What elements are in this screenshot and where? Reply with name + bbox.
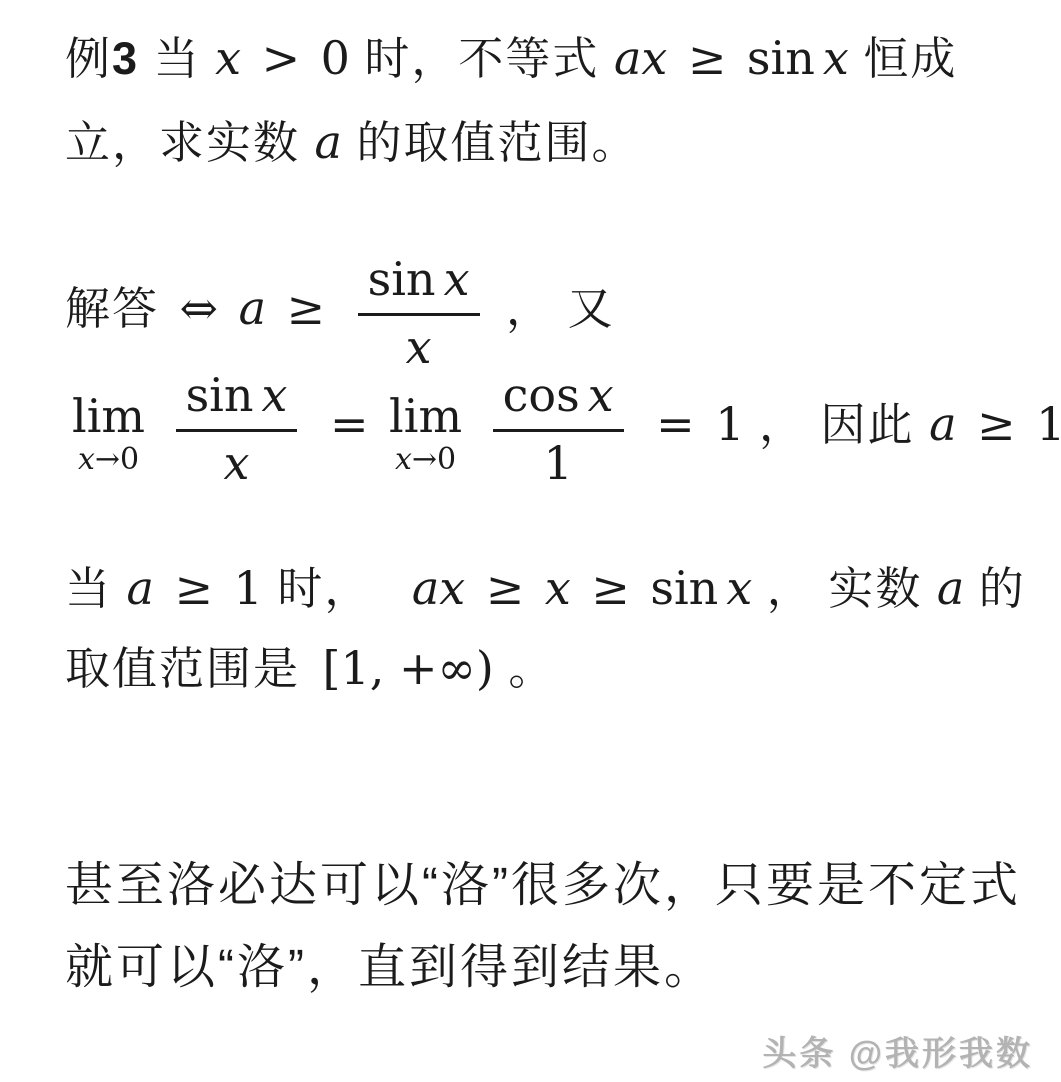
period: 。 xyxy=(508,643,555,694)
fraction-denominator: x xyxy=(358,316,480,373)
math-var-a: a xyxy=(239,281,266,335)
lim-subscript: x→0 xyxy=(78,445,139,475)
remark-text-2: 就可以“洛”，直到得到结果。 xyxy=(65,941,715,994)
comma: ， xyxy=(759,399,806,450)
math-var-x: x xyxy=(545,561,571,615)
math-num-1: 1 xyxy=(1036,397,1061,451)
lim-subscript: x→0 xyxy=(395,445,456,475)
math-var-x: x xyxy=(444,252,470,306)
solution-line-4: 取值范围是 [1, +∞) 。 xyxy=(65,636,555,701)
article-page: 例3 当 x > 0 时，不等式 ax ≥ sinx 恒成 立，求实数 a 的取… xyxy=(0,0,1061,1082)
math-var-ax: ax xyxy=(614,31,667,85)
lim-sub-var: x xyxy=(395,442,412,477)
remark-line-1: 甚至洛必达可以“洛”很多次，只要是不定式 xyxy=(65,852,1021,920)
problem-text-5: 的取值范围。 xyxy=(356,117,638,168)
toutiao-watermark: 头条 @我形我数 xyxy=(762,1026,1033,1075)
solution-label: 解答 xyxy=(65,283,159,334)
solution-text-when: 当 xyxy=(65,563,112,614)
solution-text-de: 的 xyxy=(979,563,1026,614)
solution-text-you: 又 xyxy=(568,283,615,334)
solution-text-shi: 时， xyxy=(277,563,371,614)
geq-sign: ≥ xyxy=(486,561,525,615)
lim-sub-arrow: → xyxy=(95,442,120,477)
problem-text-2: 时，不等式 xyxy=(364,33,599,84)
fraction-numerator: sinx xyxy=(358,252,480,316)
iff-sign: ⇔ xyxy=(180,281,219,335)
problem-text-1: 当 xyxy=(154,33,201,84)
geq-sign: ≥ xyxy=(174,561,213,615)
problem-line-1: 例3 当 x > 0 时，不等式 ax ≥ sinx 恒成 xyxy=(65,26,957,91)
math-var-a: a xyxy=(315,115,342,169)
cos-function: cos xyxy=(503,368,580,422)
math-var-a: a xyxy=(929,397,956,451)
geq-sign: ≥ xyxy=(688,31,727,85)
geq-sign: ≥ xyxy=(591,561,630,615)
fraction-cosx-over-1: cosx 1 xyxy=(493,368,624,488)
solution-line-1: 解答 ⇔ a ≥ sinx x ， 又 xyxy=(65,252,615,372)
solution-text-therefore: 因此 xyxy=(821,399,915,450)
remark-text-1: 甚至洛必达可以“洛”很多次，只要是不定式 xyxy=(65,859,1021,912)
fraction-sinx-over-x: sinx x xyxy=(176,368,298,488)
math-var-x2: x xyxy=(823,31,849,85)
lim-word: lim xyxy=(389,393,462,439)
remark-line-2: 就可以“洛”，直到得到结果。 xyxy=(65,934,715,1002)
fraction-numerator: cosx xyxy=(493,368,624,432)
problem-text-4: 立，求实数 xyxy=(65,117,300,168)
example-number: 3 xyxy=(112,33,139,84)
fraction-denominator: 1 xyxy=(493,432,624,489)
lim-sub-var: x xyxy=(78,442,95,477)
geq-sign: ≥ xyxy=(287,281,326,335)
sin-function: sin xyxy=(747,31,815,85)
lim-sub-val: 0 xyxy=(120,442,139,477)
limit-operator-2: lim x→0 xyxy=(389,393,462,475)
solution-line-3: 当 a ≥ 1 时， ax ≥ x ≥ sinx ， 实数 a 的 xyxy=(65,556,1026,621)
math-var-x: x xyxy=(588,368,614,422)
math-var-x: x xyxy=(262,368,288,422)
fraction-numerator: sinx xyxy=(176,368,298,432)
math-num-0: 0 xyxy=(321,31,350,85)
sin-function: sin xyxy=(368,252,436,306)
lim-sub-val: 0 xyxy=(437,442,456,477)
math-var-x: x xyxy=(215,31,241,85)
lim-sub-arrow: → xyxy=(412,442,437,477)
problem-line-2: 立，求实数 a 的取值范围。 xyxy=(65,110,639,175)
problem-text-3: 恒成 xyxy=(863,33,957,84)
geq-sign: ≥ xyxy=(977,397,1016,451)
math-num-1: 1 xyxy=(715,397,744,451)
math-var-ax: ax xyxy=(412,561,465,615)
fraction-denominator: x xyxy=(176,432,298,489)
example-label: 例 xyxy=(65,33,112,84)
sin-function: sin xyxy=(650,561,718,615)
fraction-sinx-over-x: sinx x xyxy=(358,252,480,372)
comma: ， xyxy=(767,563,814,614)
limit-operator-1: lim x→0 xyxy=(72,393,145,475)
greater-than-sign: > xyxy=(262,31,301,85)
solution-line-2: lim x→0 sinx x = lim x→0 cosx 1 = 1 ， 因此… xyxy=(72,368,1061,488)
math-num-1: 1 xyxy=(234,561,263,615)
math-var-x2: x xyxy=(726,561,752,615)
math-var-a2: a xyxy=(937,561,964,615)
math-var-a: a xyxy=(127,561,154,615)
interval-notation: [1, +∞) xyxy=(323,641,494,695)
lim-word: lim xyxy=(72,393,145,439)
equals-sign: = xyxy=(330,397,369,451)
equals-sign: = xyxy=(656,397,695,451)
sin-function: sin xyxy=(186,368,254,422)
solution-text-range: 取值范围是 xyxy=(65,643,300,694)
comma: ， xyxy=(506,283,553,334)
solution-text-real: 实数 xyxy=(828,563,922,614)
